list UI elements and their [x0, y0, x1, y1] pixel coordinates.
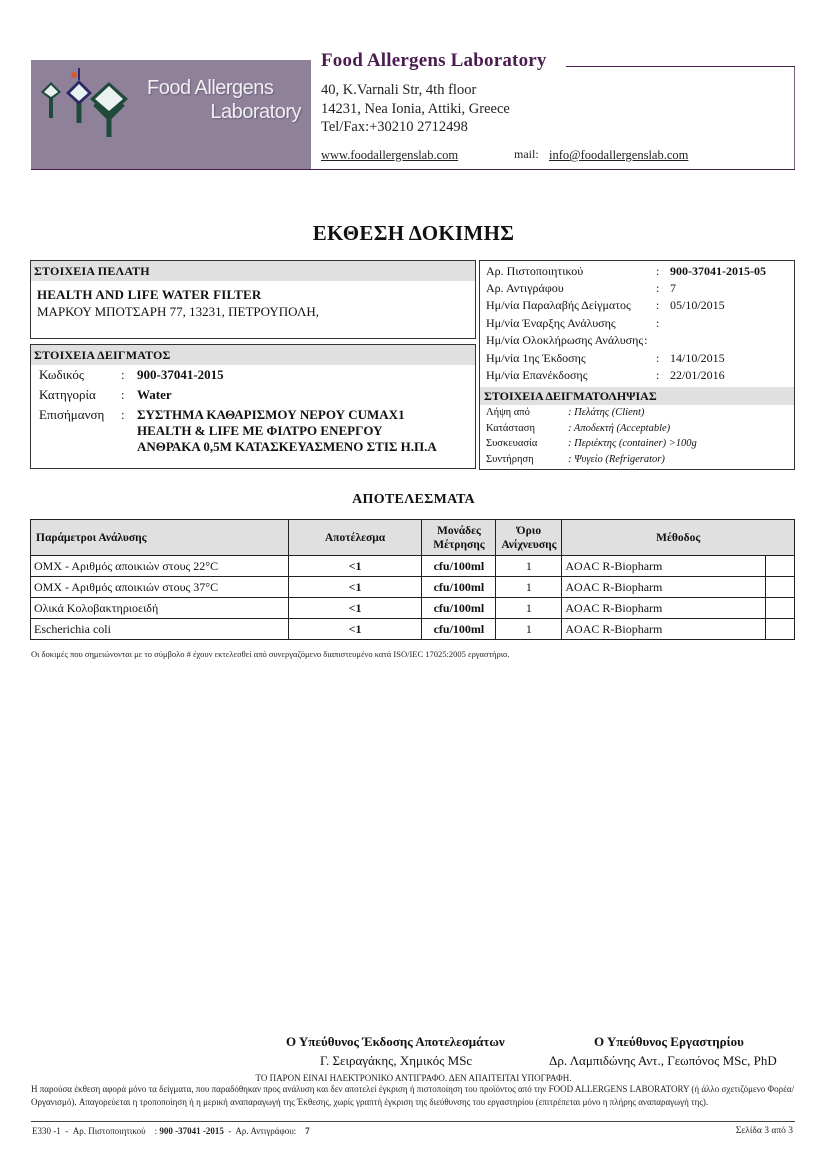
- logo-wordmark: Food Allergens Laboratory: [147, 76, 307, 124]
- issuer-title: Ο Υπεύθυνος Έκδοσης Αποτελεσμάτων: [286, 1034, 505, 1050]
- col-units: ΜονάδεςΜέτρησης: [422, 520, 496, 556]
- table-row: ΟΜΧ - Αριθμός αποικιών στους 37°C <1 cfu…: [31, 577, 795, 598]
- col-limit: ΌριοΑνίχνευσης: [496, 520, 562, 556]
- analysis-end-row: Ημ/νία Ολοκλήρωσης Ανάλυσης :: [486, 332, 794, 349]
- sampling-row: Συντήρηση : Ψυγείο (Refrigerator): [480, 452, 794, 468]
- section-heading: ΣΤΟΙΧΕΙΑ ΠΕΛΑΤΗ: [31, 261, 475, 281]
- first-issue-row: Ημ/νία 1ης Έκδοσης : 14/10/2015: [486, 350, 794, 367]
- table-header-row: Παράμετροι Ανάλυσης Αποτέλεσμα ΜονάδεςΜέ…: [31, 520, 795, 556]
- page-title: ΕΚΘΕΣΗ ΔΟΚΙΜΗΣ: [0, 221, 827, 246]
- electronic-copy-notice: ΤΟ ΠΑΡΟΝ ΕΙΝΑΙ ΗΛΕΚΤΡΟΝΙΚΟ ΑΝΤΙΓΡΑΦΟ. ΔΕ…: [0, 1073, 827, 1083]
- section-heading: ΣΤΟΙΧΕΙΑ ΔΕΙΓΜΑΤΟΛΗΨΙΑΣ: [480, 387, 794, 405]
- certificate-info-box: Αρ. Πιστοποιητικού : 900-37041-2015-05 Α…: [479, 260, 795, 470]
- sampling-row: Συσκευασία : Περιέκτης (container) >100g: [480, 436, 794, 452]
- page-number: Σελίδα 3 από 3: [736, 1126, 793, 1136]
- issuer-name: Γ. Σειραγάκης, Χημικός MSc: [320, 1053, 472, 1069]
- footer-copy-number: 7: [305, 1126, 310, 1136]
- results-table: Παράμετροι Ανάλυσης Αποτέλεσμα ΜονάδεςΜέ…: [30, 519, 795, 640]
- sample-info-box: ΣΤΟΙΧΕΙΑ ΔΕΙΓΜΑΤΟΣ Κωδικός : 900-37041-2…: [30, 344, 476, 469]
- client-info-box: ΣΤΟΙΧΕΙΑ ΠΕΛΑΤΗ HEALTH AND LIFE WATER FI…: [30, 260, 476, 339]
- table-row: ΟΜΧ - Αριθμός αποικιών στους 22°C <1 cfu…: [31, 556, 795, 577]
- accreditation-footnote: Οι δοκιμές που σημειώνονται με το σύμβολ…: [31, 649, 509, 659]
- sample-category-row: Κατηγορία : Water: [31, 385, 475, 405]
- lab-manager-title: Ο Υπεύθυνος Εργαστηρίου: [594, 1034, 744, 1050]
- results-heading: ΑΠΟΤΕΛΕΣΜΑΤΑ: [0, 492, 827, 508]
- sampling-row: Κατάσταση : Αποδεκτή (Acceptable): [480, 421, 794, 437]
- col-parameter: Παράμετροι Ανάλυσης: [31, 520, 289, 556]
- table-row: Ολικά Κολοβακτηριοειδή <1 cfu/100ml 1 AO…: [31, 598, 795, 619]
- sample-code-row: Κωδικός : 900-37041-2015: [31, 365, 475, 385]
- allergen-molecule-icon: [37, 60, 147, 170]
- analysis-start-row: Ημ/νία Έναρξης Ανάλυσης :: [486, 315, 794, 332]
- col-method: Μέθοδος: [562, 520, 795, 556]
- section-heading: ΣΤΟΙΧΕΙΑ ΔΕΙΓΜΑΤΟΣ: [31, 345, 475, 365]
- email-link[interactable]: info@foodallergenslab.com: [549, 148, 688, 163]
- footer-reference: E330 -1 - Αρ. Πιστοποιητικού : 900 -3704…: [32, 1126, 310, 1136]
- sample-labeling: ΣΥΣΤΗΜΑ ΚΑΘΑΡΙΣΜΟΥ ΝΕΡΟΥ CUMAX1 HEALTH &…: [137, 407, 437, 455]
- copy-number-row: Αρ. Αντιγράφου : 7: [486, 280, 794, 297]
- cert-number-row: Αρ. Πιστοποιητικού : 900-37041-2015-05: [486, 263, 794, 280]
- divider: [566, 66, 795, 67]
- receipt-date-row: Ημ/νία Παραλαβής Δείγματος : 05/10/2015: [486, 297, 794, 314]
- sample-code: 900-37041-2015: [137, 365, 224, 385]
- divider: [31, 1121, 795, 1122]
- mail-label: mail:: [514, 147, 539, 162]
- client-address: ΜΑΡΚΟΥ ΜΠΟΤΣΑΡΗ 77, 13231, ΠΕΤΡΟΥΠΟΛΗ,: [31, 303, 475, 320]
- phone-line: Tel/Fax:+30210 2712498: [321, 118, 510, 137]
- sampling-row: Λήψη από : Πελάτης (Client): [480, 405, 794, 421]
- sample-category: Water: [137, 385, 172, 405]
- reissue-row: Ημ/νία Επανέκδοσης : 22/01/2016: [486, 367, 794, 384]
- col-result: Αποτέλεσμα: [288, 520, 422, 556]
- cert-number: 900-37041-2015-05: [670, 263, 766, 280]
- client-name: HEALTH AND LIFE WATER FILTER: [31, 281, 475, 303]
- divider: [31, 169, 795, 170]
- disclaimer: Η παρούσα έκθεση αφορά μόνο τα δείγματα,…: [31, 1083, 795, 1109]
- address-line: 14231, Nea Ionia, Attiki, Greece: [321, 100, 510, 119]
- sample-labeling-row: Επισήμανση : ΣΥΣΤΗΜΑ ΚΑΘΑΡΙΣΜΟΥ ΝΕΡΟΥ CU…: [31, 405, 475, 455]
- lab-logo: Food Allergens Laboratory: [31, 60, 311, 170]
- footer-cert-number: 900 -37041 -2015: [159, 1126, 224, 1136]
- website-link[interactable]: www.foodallergenslab.com: [321, 148, 458, 163]
- lab-manager-name: Δρ. Λαμπιδώνης Αντ., Γεωπόνος MSc, PhD: [549, 1053, 777, 1069]
- lab-name: Food Allergens Laboratory: [321, 50, 553, 72]
- lab-address: 40, K.Varnali Str, 4th floor 14231, Nea …: [321, 81, 510, 137]
- table-row: Escherichia coli <1 cfu/100ml 1 AOAC R-B…: [31, 619, 795, 640]
- address-line: 40, K.Varnali Str, 4th floor: [321, 81, 510, 100]
